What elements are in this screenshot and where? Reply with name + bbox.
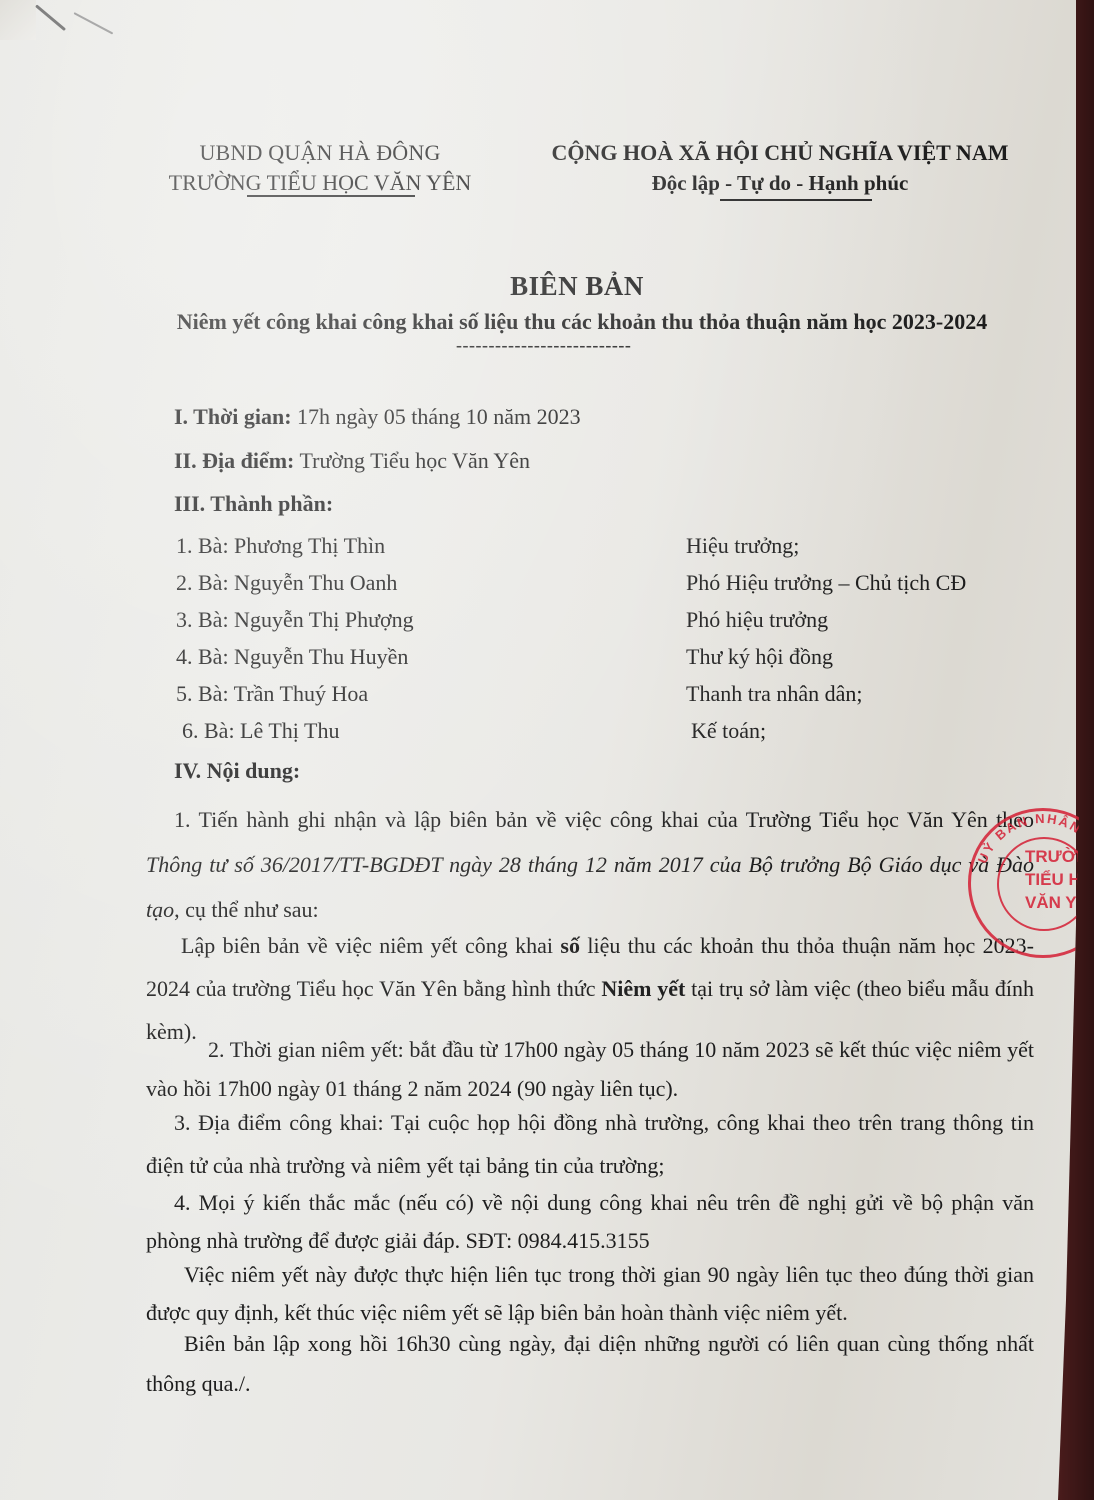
national-heading: CỘNG HOÀ XÃ HỘI CHỦ NGHĨA VIỆT NAM Độc l… xyxy=(520,138,1040,198)
section-place: II. Địa điểm: Trường Tiểu học Văn Yên xyxy=(174,448,530,474)
divider: --------------------------- xyxy=(456,335,631,356)
member-name: 2. Bà: Nguyễn Thu Oanh xyxy=(176,570,397,596)
motto-underline xyxy=(720,199,872,201)
document-subtitle: Niêm yết công khai công khai số liệu thu… xyxy=(110,309,1054,335)
member-name: 3. Bà: Nguyễn Thị Phượng xyxy=(176,607,414,633)
member-name: 1. Bà: Phương Thị Thìn xyxy=(176,533,385,559)
section-label: IV. Nội dung: xyxy=(174,758,300,783)
member-role: Phó hiệu trưởng xyxy=(686,607,828,633)
content-paragraph-1: 1. Tiến hành ghi nhận và lập biên bản về… xyxy=(146,797,1034,932)
stamp-text: TRƯỜI TIỂU H VĂN Y xyxy=(1025,845,1081,914)
official-stamp: UỶ BAN NHÂN DÂN QUẬN ★ TRƯỜI TIỂU H VĂN … xyxy=(968,808,1094,958)
section-value: 17h ngày 05 tháng 10 năm 2023 xyxy=(297,404,581,429)
document-page: UBND QUẬN HÀ ĐÔNG TRƯỜNG TIỂU HỌC VĂN YÊ… xyxy=(0,0,1076,1500)
member-role: Kế toán; xyxy=(691,718,766,744)
member-name: 6. Bà: Lê Thị Thu xyxy=(182,718,339,744)
member-list: 1. Bà: Phương Thị Thìn Hiệu trưởng; 2. B… xyxy=(176,533,1056,755)
member-role: Phó Hiệu trưởng – Chủ tịch CĐ xyxy=(686,570,966,596)
member-role: Thanh tra nhân dân; xyxy=(686,681,863,707)
content-paragraph-7: Biên bản lập xong hồi 16h30 cùng ngày, đ… xyxy=(146,1324,1034,1404)
district-name: UBND QUẬN HÀ ĐÔNG xyxy=(140,138,500,168)
header-underline xyxy=(247,195,415,197)
content-paragraph-4: 3. Địa điểm công khai: Tại cuộc họp hội … xyxy=(146,1101,1034,1187)
content-paragraph-6: Việc niêm yết này được thực hiện liên tụ… xyxy=(146,1256,1034,1332)
staple-icon xyxy=(35,4,66,31)
section-members: III. Thành phần: xyxy=(174,491,333,517)
list-item: 5. Bà: Trần Thuý Hoa Thanh tra nhân dân; xyxy=(176,681,1056,718)
list-item: 1. Bà: Phương Thị Thìn Hiệu trưởng; xyxy=(176,533,1056,570)
section-value: Trường Tiểu học Văn Yên xyxy=(300,448,531,473)
member-role: Thư ký hội đồng xyxy=(686,644,833,670)
member-role: Hiệu trưởng; xyxy=(686,533,799,559)
member-name: 5. Bà: Trần Thuý Hoa xyxy=(176,681,368,707)
staple-icon xyxy=(74,12,114,34)
country-name: CỘNG HOÀ XÃ HỘI CHỦ NGHĨA VIỆT NAM xyxy=(520,138,1040,168)
content-paragraph-3: 2. Thời gian niêm yết: bắt đầu từ 17h00 … xyxy=(146,1030,1034,1108)
section-label: II. Địa điểm: xyxy=(174,448,294,473)
section-time: I. Thời gian: 17h ngày 05 tháng 10 năm 2… xyxy=(174,404,581,430)
section-label: III. Thành phần: xyxy=(174,491,333,516)
list-item: 3. Bà: Nguyễn Thị Phượng Phó hiệu trưởng xyxy=(176,607,1056,644)
national-motto: Độc lập - Tự do - Hạnh phúc xyxy=(520,168,1040,198)
list-item: 6. Bà: Lê Thị Thu Kế toán; xyxy=(176,718,1056,755)
section-content: IV. Nội dung: xyxy=(174,758,300,784)
content-paragraph-5: 4. Mọi ý kiến thắc mắc (nếu có) về nội d… xyxy=(146,1184,1034,1260)
member-name: 4. Bà: Nguyễn Thu Huyền xyxy=(176,644,408,670)
document-title: BIÊN BẢN xyxy=(0,271,1094,302)
list-item: 4. Bà: Nguyễn Thu Huyền Thư ký hội đồng xyxy=(176,644,1056,681)
issuing-authority: UBND QUẬN HÀ ĐÔNG TRƯỜNG TIỂU HỌC VĂN YÊ… xyxy=(140,138,500,198)
page-corner xyxy=(0,0,36,40)
section-label: I. Thời gian: xyxy=(174,404,292,429)
school-name: TRƯỜNG TIỂU HỌC VĂN YÊN xyxy=(140,168,500,198)
list-item: 2. Bà: Nguyễn Thu Oanh Phó Hiệu trưởng –… xyxy=(176,570,1056,607)
